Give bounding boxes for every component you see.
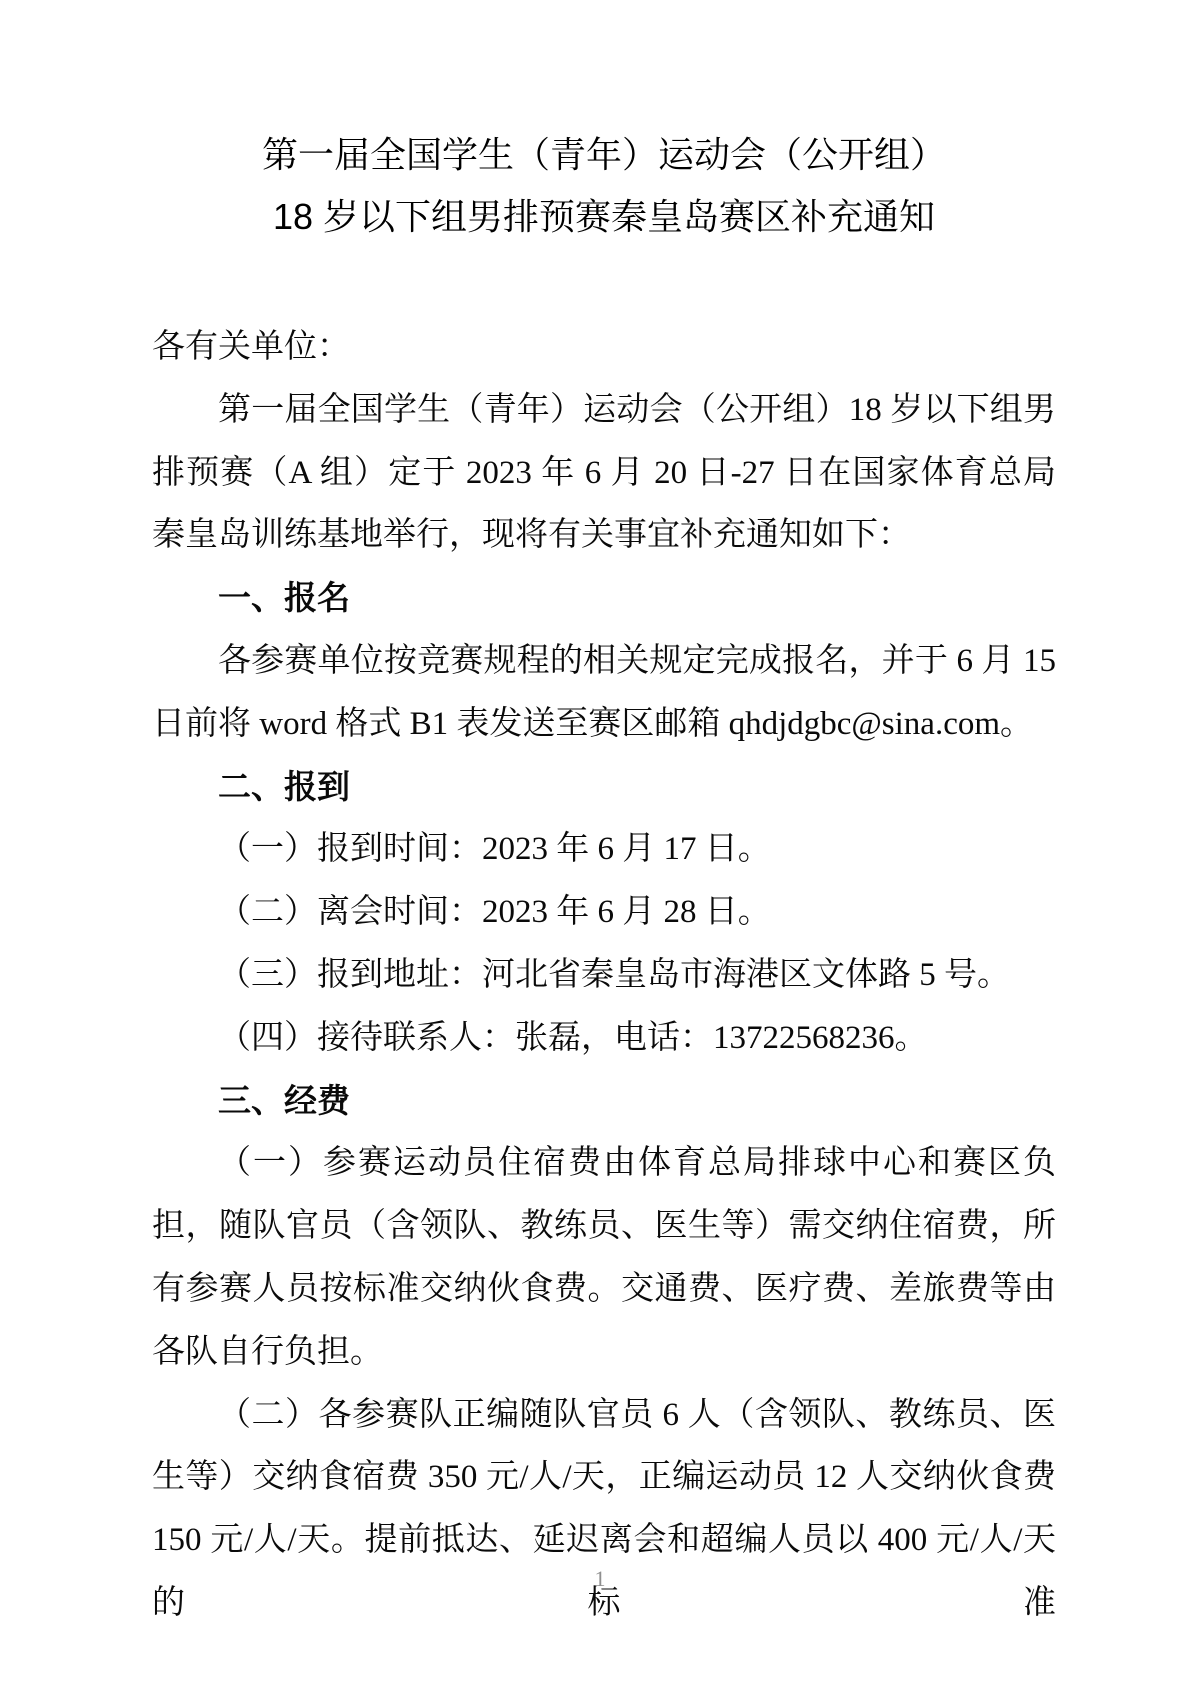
paragraph: （三）报到地址：河北省秦皇岛市海港区文体路 5 号。 — [152, 944, 1056, 1007]
paragraph: （一）报到时间：2023 年 6 月 17 日。 — [152, 818, 1056, 881]
paragraph: （二）离会时间：2023 年 6 月 28 日。 — [152, 881, 1056, 944]
document-title-line-2: 18 岁以下组男排预赛秦皇岛赛区补充通知 — [152, 186, 1056, 248]
section-heading: 二、报到 — [152, 756, 1056, 819]
document-body: 各有关单位： 第一届全国学生（青年）运动会（公开组）18 岁以下组男排预赛（A … — [152, 316, 1056, 1635]
paragraph: （四）接待联系人：张磊，电话：13722568236。 — [152, 1007, 1056, 1070]
paragraph: （一）参赛运动员住宿费由体育总局排球中心和赛区负担，随队官员（含领队、教练员、医… — [152, 1132, 1056, 1383]
document-page: 第一届全国学生（青年）运动会（公开组） 18 岁以下组男排预赛秦皇岛赛区补充通知… — [0, 0, 1200, 1692]
page-number: 1 — [0, 1566, 1200, 1592]
document-content: 第一届全国学生（青年）运动会（公开组） 18 岁以下组男排预赛秦皇岛赛区补充通知… — [152, 0, 1056, 1635]
salutation: 各有关单位： — [152, 316, 1056, 379]
document-title: 第一届全国学生（青年）运动会（公开组） 18 岁以下组男排预赛秦皇岛赛区补充通知 — [152, 124, 1056, 248]
paragraph: 第一届全国学生（青年）运动会（公开组）18 岁以下组男排预赛（A 组）定于 20… — [152, 379, 1056, 567]
section-heading: 三、经费 — [152, 1070, 1056, 1133]
section-heading: 一、报名 — [152, 567, 1056, 630]
paragraph: （二）各参赛队正编随队官员 6 人（含领队、教练员、医生等）交纳食宿费 350 … — [152, 1384, 1056, 1635]
document-title-line-1: 第一届全国学生（青年）运动会（公开组） — [152, 124, 1056, 186]
paragraph: 各参赛单位按竞赛规程的相关规定完成报名，并于 6 月 15 日前将 word 格… — [152, 630, 1056, 756]
